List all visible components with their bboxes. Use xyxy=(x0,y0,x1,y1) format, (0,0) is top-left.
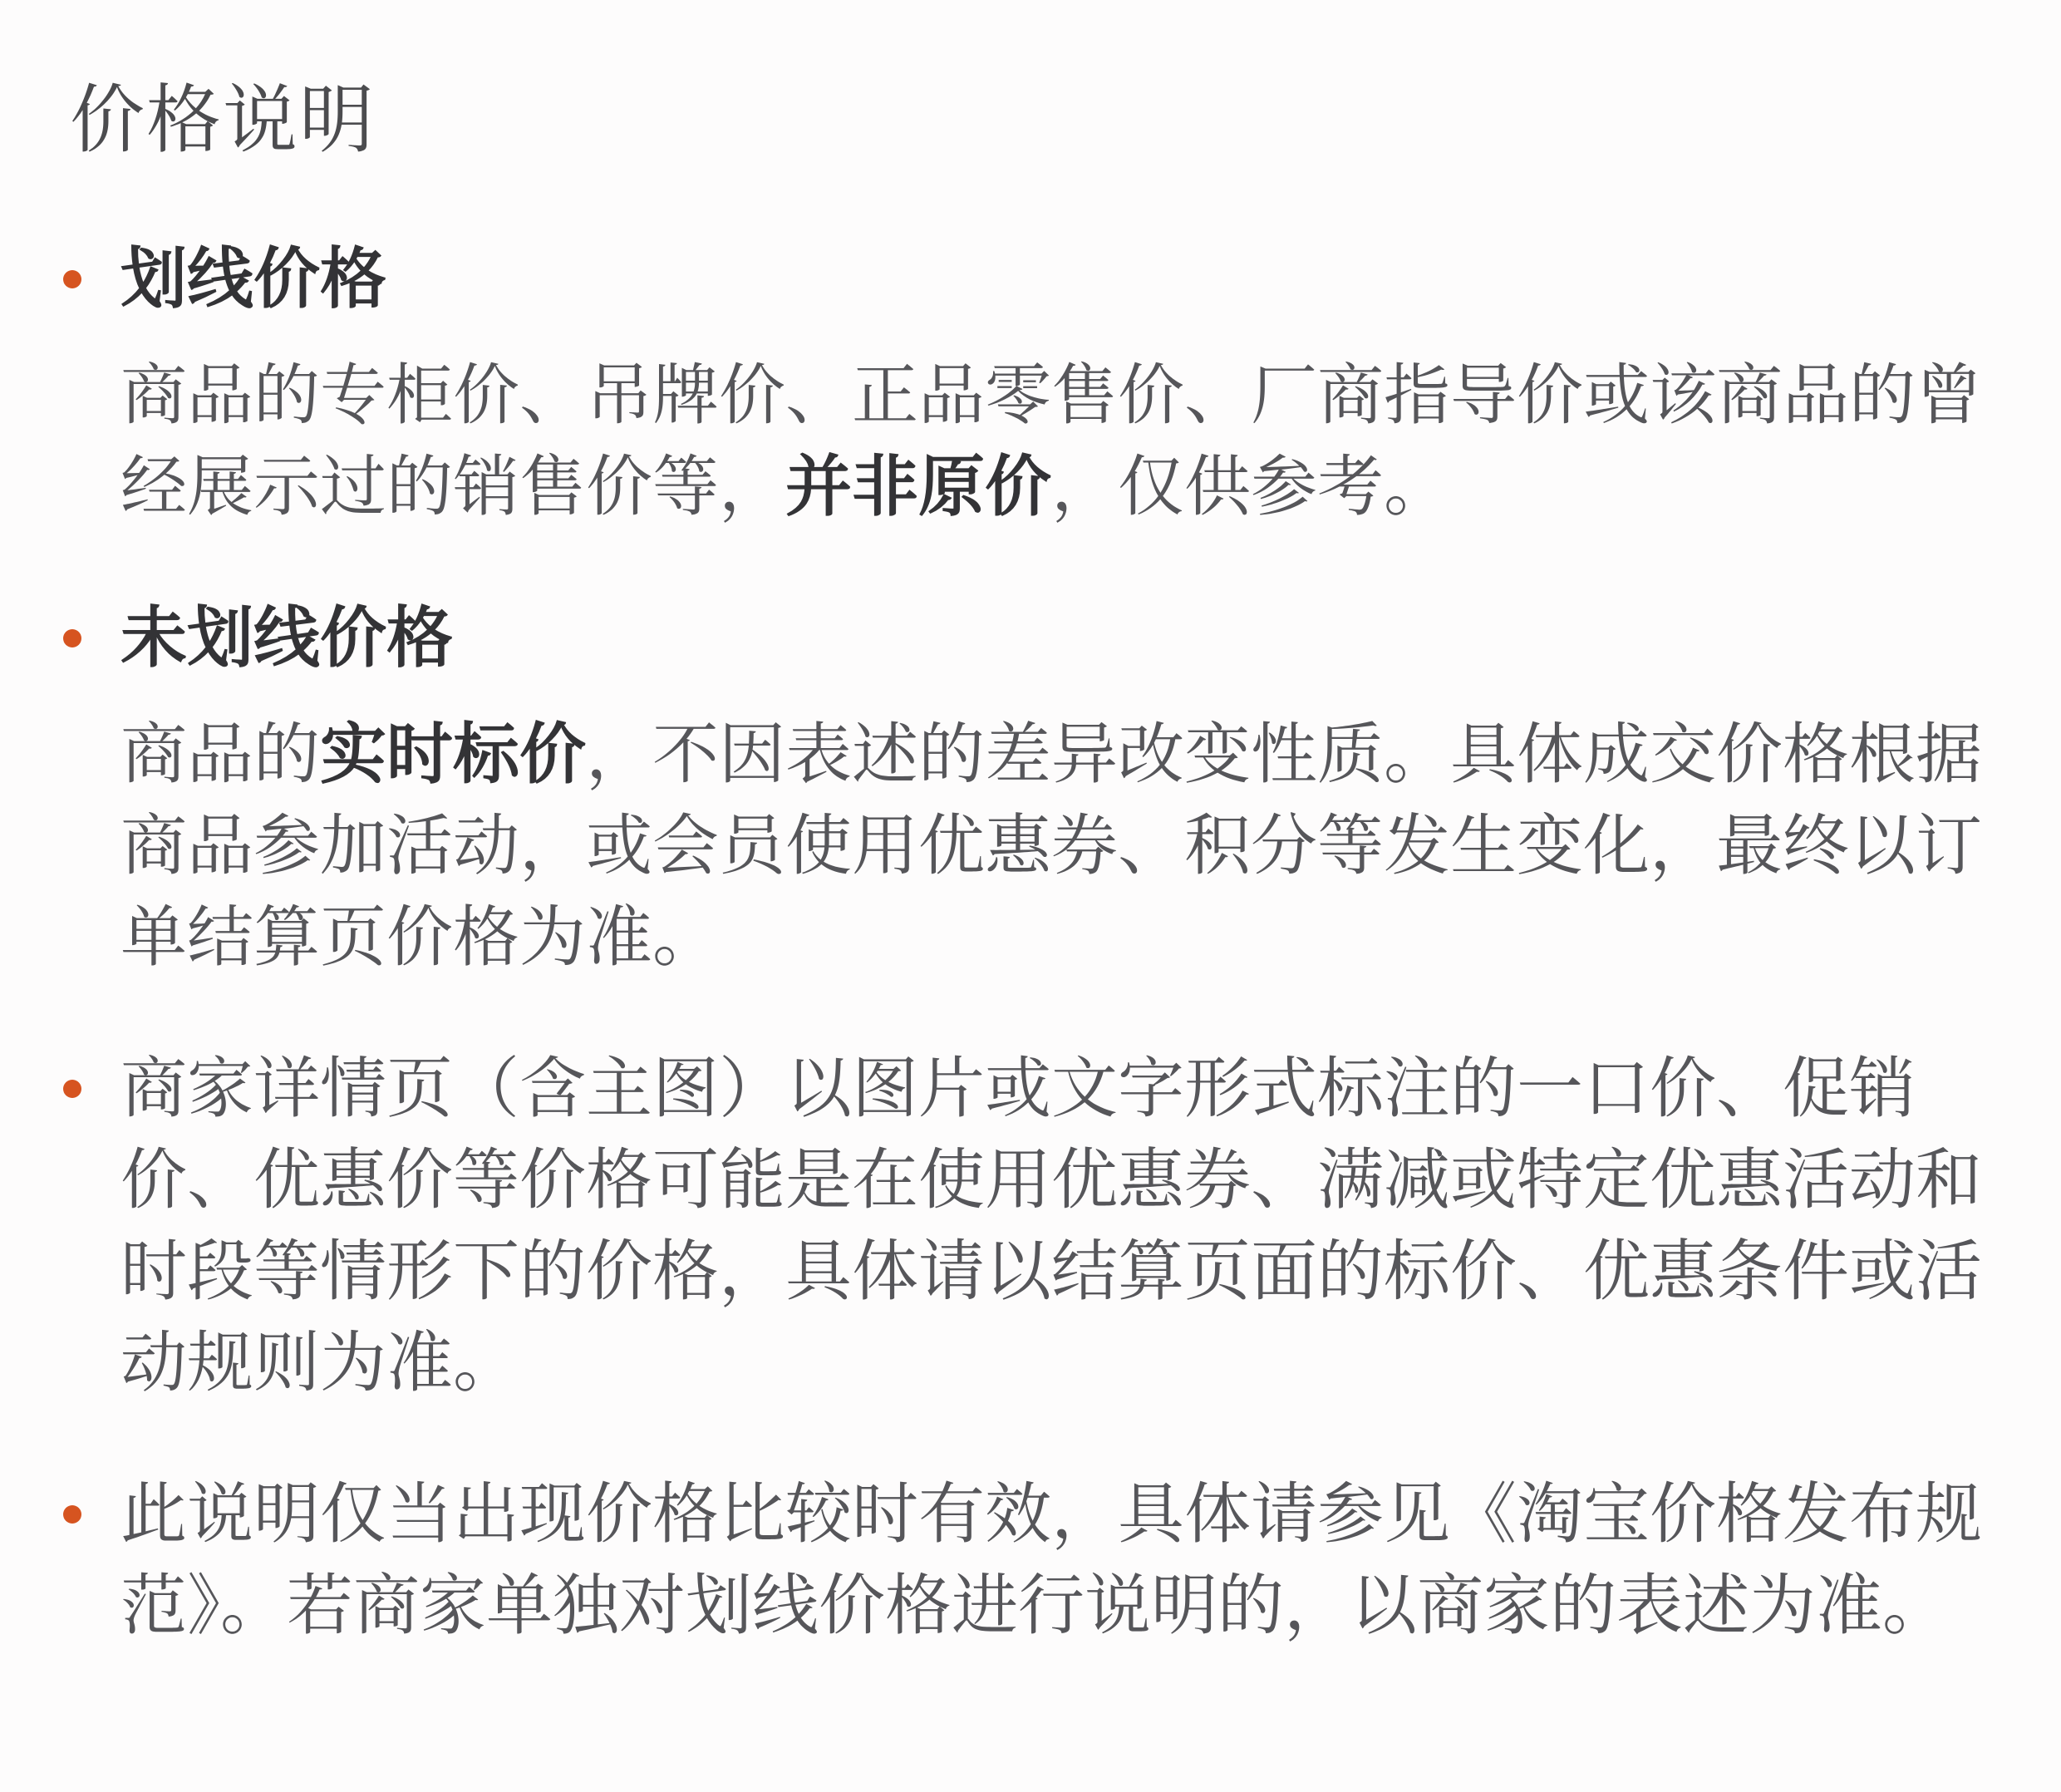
text-run: ，不因表述的差异改变性质。具体成交价格根据 xyxy=(586,716,1982,793)
text-run: 范》。若商家单独对划线价格进行说明的，以商家的表述为准。 xyxy=(121,1567,1949,1644)
bullet-icon xyxy=(63,629,81,647)
text-run: 动规则为准。 xyxy=(121,1324,519,1401)
page-title: 价格说明 xyxy=(70,71,2011,169)
text-run-bold: 实时标价 xyxy=(320,716,586,793)
price-explanation-document: 价格说明 划线价格 商品的专柜价、吊牌价、正品零售价、厂商指导价或该商品的曾 经… xyxy=(0,0,2061,1652)
text-run: ，仅供参考。 xyxy=(1051,448,1450,525)
text-run: 价、优惠价等价格可能是在使用优惠券、满减或特定优惠活动和 xyxy=(121,1141,1982,1218)
text-run: 此说明仅当出现价格比较时有效，具体请参见《淘宝价格发布规 xyxy=(121,1475,1982,1553)
text-line: 此说明仅当出现价格比较时有效，具体请参见《淘宝价格发布规 xyxy=(121,1469,2011,1560)
text-run: 商品的专柜价、吊牌价、正品零售价、厂商指导价或该商品的曾 xyxy=(121,357,1982,434)
text-run: 单结算页价格为准。 xyxy=(121,898,719,976)
text-run: 商品的 xyxy=(121,716,320,793)
text-line: 价、优惠价等价格可能是在使用优惠券、满减或特定优惠活动和 xyxy=(121,1135,2011,1226)
text-line: 动规则为准。 xyxy=(121,1317,2011,1409)
bullet-icon xyxy=(63,270,81,288)
section-body: 商品的专柜价、吊牌价、正品零售价、厂商指导价或该商品的曾 经展示过的销售价等，并… xyxy=(121,350,2011,533)
section-body: 商品的实时标价，不因表述的差异改变性质。具体成交价格根据 商品参加活动，或会员使… xyxy=(121,709,2011,983)
text-run: 时段等情形下的价格，具体请以结算页面的标价、优惠条件或活 xyxy=(121,1233,1982,1310)
section-non-strikethrough-price: 未划线价格 商品的实时标价，不因表述的差异改变性质。具体成交价格根据 商品参加活… xyxy=(70,593,2011,983)
text-line: 商品的实时标价，不因表述的差异改变性质。具体成交价格根据 xyxy=(121,709,2011,800)
section-merchant-detail-page-note: 商家详情页（含主图）以图片或文字形式标注的一口价、促销 价、优惠价等价格可能是在… xyxy=(70,1043,2011,1409)
text-run: 经展示过的销售价等， xyxy=(121,448,785,525)
section-body: 此说明仅当出现价格比较时有效，具体请参见《淘宝价格发布规 范》。若商家单独对划线… xyxy=(121,1469,2011,1652)
section-heading: 未划线价格 xyxy=(121,593,2011,684)
text-line: 时段等情形下的价格，具体请以结算页面的标价、优惠条件或活 xyxy=(121,1226,2011,1317)
text-run: 商家详情页（含主图）以图片或文字形式标注的一口价、促销 xyxy=(121,1050,1916,1127)
text-run: 商品参加活动，或会员使用优惠券、积分等发生变化，最终以订 xyxy=(121,807,1982,884)
bullet-icon xyxy=(63,1080,81,1098)
text-line: 经展示过的销售价等，并非原价，仅供参考。 xyxy=(121,441,2011,533)
text-line: 商家详情页（含主图）以图片或文字形式标注的一口价、促销 xyxy=(121,1043,2011,1135)
text-run-bold: 并非原价 xyxy=(785,448,1051,525)
bullet-icon xyxy=(63,1505,81,1524)
section-validity-note: 此说明仅当出现价格比较时有效，具体请参见《淘宝价格发布规 范》。若商家单独对划线… xyxy=(70,1469,2011,1652)
text-line: 商品参加活动，或会员使用优惠券、积分等发生变化，最终以订 xyxy=(121,800,2011,892)
section-strikethrough-price: 划线价格 商品的专柜价、吊牌价、正品零售价、厂商指导价或该商品的曾 经展示过的销… xyxy=(70,234,2011,533)
section-heading: 划线价格 xyxy=(121,234,2011,325)
text-line: 单结算页价格为准。 xyxy=(121,892,2011,983)
text-line: 商品的专柜价、吊牌价、正品零售价、厂商指导价或该商品的曾 xyxy=(121,350,2011,441)
text-line: 范》。若商家单独对划线价格进行说明的，以商家的表述为准。 xyxy=(121,1560,2011,1652)
section-body: 商家详情页（含主图）以图片或文字形式标注的一口价、促销 价、优惠价等价格可能是在… xyxy=(121,1043,2011,1409)
